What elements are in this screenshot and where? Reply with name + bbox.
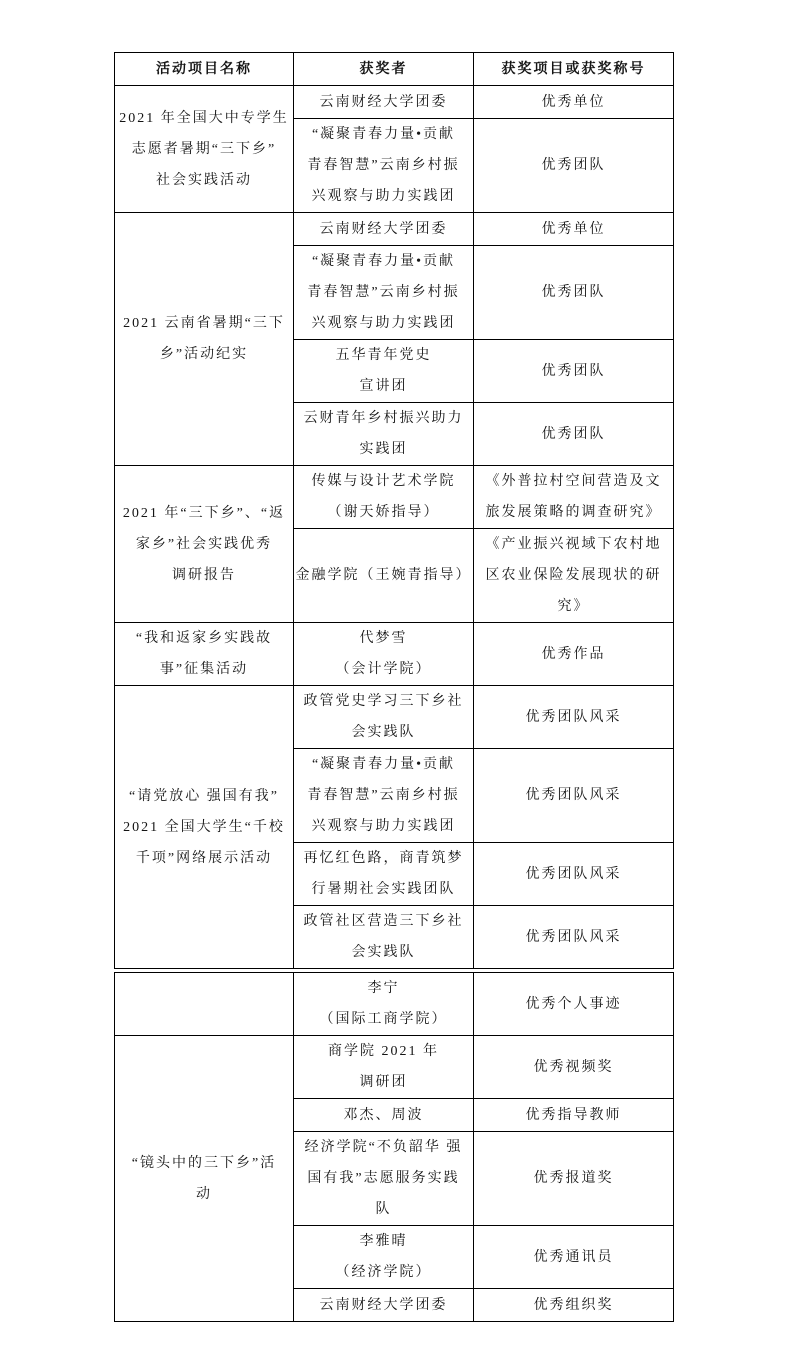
activity-cell: 2021 年全国大中专学生 志愿者暑期“三下乡” 社会实践活动: [115, 86, 294, 213]
award-cell: 优秀团队: [474, 403, 674, 466]
award-cell: 优秀团队: [474, 340, 674, 403]
table-row: “请党放心 强国有我” 2021 全国大学生“千校 千项”网络展示活动 政管党史…: [115, 686, 674, 749]
winner-cell: 云财青年乡村振兴助力 实践团: [294, 403, 474, 466]
award-cell: 优秀团队风采: [474, 686, 674, 749]
winner-cell: 传媒与设计艺术学院 （谢天娇指导）: [294, 466, 474, 529]
award-cell: 优秀报道奖: [474, 1132, 674, 1226]
header-cell-award: 获奖项目或获奖称号: [474, 53, 674, 86]
award-cell: 优秀组织奖: [474, 1289, 674, 1322]
award-cell: 优秀单位: [474, 213, 674, 246]
table-row: 2021 年全国大中专学生 志愿者暑期“三下乡” 社会实践活动 云南财经大学团委…: [115, 86, 674, 119]
award-cell: 《产业振兴视域下农村地 区农业保险发展现状的研 究》: [474, 529, 674, 623]
header-row: 活动项目名称 获奖者 获奖项目或获奖称号: [115, 53, 674, 86]
winner-cell: 政管社区营造三下乡社 会实践队: [294, 906, 474, 969]
winner-cell: 经济学院“不负韶华 强 国有我”志愿服务实践 队: [294, 1132, 474, 1226]
award-cell: 优秀指导教师: [474, 1099, 674, 1132]
award-cell: 优秀团队风采: [474, 749, 674, 843]
winner-cell: 云南财经大学团委: [294, 213, 474, 246]
table-row: 李宁 （国际工商学院） 优秀个人事迹: [115, 973, 674, 1036]
winner-cell: 云南财经大学团委: [294, 86, 474, 119]
winner-cell: 再忆红色路，商青筑梦 行暑期社会实践团队: [294, 843, 474, 906]
activity-cell: “镜头中的三下乡”活 动: [115, 1036, 294, 1322]
award-cell: 优秀作品: [474, 623, 674, 686]
table-row: “我和返家乡实践故 事”征集活动 代梦雪 （会计学院） 优秀作品: [115, 623, 674, 686]
award-cell: 优秀视频奖: [474, 1036, 674, 1099]
award-cell: 优秀个人事迹: [474, 973, 674, 1036]
activity-cell: 2021 云南省暑期“三下 乡”活动纪实: [115, 213, 294, 466]
award-cell: 优秀团队: [474, 246, 674, 340]
award-cell: 《外普拉村空间营造及文 旅发展策略的调查研究》: [474, 466, 674, 529]
awards-table-part-1: 活动项目名称 获奖者 获奖项目或获奖称号 2021 年全国大中专学生 志愿者暑期…: [114, 52, 674, 969]
winner-cell: 政管党史学习三下乡社 会实践队: [294, 686, 474, 749]
winner-cell: 云南财经大学团委: [294, 1289, 474, 1322]
winner-cell: 邓杰、周波: [294, 1099, 474, 1132]
winner-cell: 李宁 （国际工商学院）: [294, 973, 474, 1036]
award-cell: 优秀通讯员: [474, 1226, 674, 1289]
awards-document: 活动项目名称 获奖者 获奖项目或获奖称号 2021 年全国大中专学生 志愿者暑期…: [114, 52, 675, 1322]
table-row: 2021 年“三下乡”、“返 家乡”社会实践优秀 调研报告 传媒与设计艺术学院 …: [115, 466, 674, 529]
winner-cell: 五华青年党史 宣讲团: [294, 340, 474, 403]
document-page: { "table": { "border_color": "#000000", …: [0, 0, 793, 1366]
winner-cell: 商学院 2021 年 调研团: [294, 1036, 474, 1099]
table-row: 2021 云南省暑期“三下 乡”活动纪实 云南财经大学团委 优秀单位: [115, 213, 674, 246]
header-cell-winner: 获奖者: [294, 53, 474, 86]
winner-cell: 李雅晴 （经济学院）: [294, 1226, 474, 1289]
winner-cell: “凝聚青春力量•贡献 青春智慧”云南乡村振 兴观察与助力实践团: [294, 749, 474, 843]
activity-cell: “我和返家乡实践故 事”征集活动: [115, 623, 294, 686]
winner-cell: 代梦雪 （会计学院）: [294, 623, 474, 686]
award-cell: 优秀单位: [474, 86, 674, 119]
award-cell: 优秀团队: [474, 119, 674, 213]
winner-cell: 金融学院（王婉青指导）: [294, 529, 474, 623]
award-cell: 优秀团队风采: [474, 843, 674, 906]
activity-cell: 2021 年“三下乡”、“返 家乡”社会实践优秀 调研报告: [115, 466, 294, 623]
header-cell-activity: 活动项目名称: [115, 53, 294, 86]
winner-cell: “凝聚青春力量•贡献 青春智慧”云南乡村振 兴观察与助力实践团: [294, 246, 474, 340]
activity-cell-empty: [115, 973, 294, 1036]
table-row: “镜头中的三下乡”活 动 商学院 2021 年 调研团 优秀视频奖: [115, 1036, 674, 1099]
award-cell: 优秀团队风采: [474, 906, 674, 969]
awards-table-part-2: 李宁 （国际工商学院） 优秀个人事迹 “镜头中的三下乡”活 动 商学院 2021…: [114, 972, 674, 1322]
activity-cell: “请党放心 强国有我” 2021 全国大学生“千校 千项”网络展示活动: [115, 686, 294, 969]
winner-cell: “凝聚青春力量•贡献 青春智慧”云南乡村振 兴观察与助力实践团: [294, 119, 474, 213]
